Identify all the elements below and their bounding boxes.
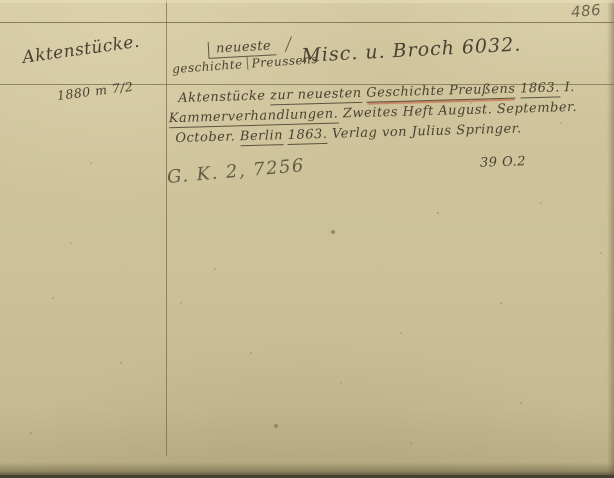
entry-title-word: Aktenstücke bbox=[178, 89, 266, 106]
right-edge-shadow bbox=[607, 0, 614, 478]
top-edge-highlight bbox=[0, 0, 614, 3]
ruled-line-top bbox=[0, 22, 614, 23]
entry-month: October. bbox=[175, 129, 235, 146]
entry-year: 1863. bbox=[520, 80, 560, 98]
subject-word-1: geschichte bbox=[172, 57, 243, 76]
subject-heading-group: neueste geschichtePreussens bbox=[172, 38, 318, 71]
insertion-separator-mark bbox=[246, 57, 248, 70]
left-column-date: 1880 m 7/2 bbox=[56, 79, 134, 103]
entry-call-number: 39 O.2 bbox=[480, 154, 526, 171]
pencil-shelfmark: G. K. 2, 7256 bbox=[166, 155, 306, 188]
ruled-line-vertical bbox=[166, 0, 167, 456]
entry-publisher: Verlag von Julius Springer. bbox=[332, 121, 522, 141]
catalog-entry: Aktenstücke zur neuesten Geschichte Preu… bbox=[178, 78, 578, 149]
entry-volume-numeral: I. bbox=[564, 80, 575, 95]
corner-page-number: 486 bbox=[570, 1, 602, 22]
left-column-title: Aktenstücke. bbox=[21, 32, 141, 68]
catalog-card: 486 Aktenstücke. 1880 m 7/2 neueste gesc… bbox=[0, 0, 614, 478]
entry-issue-info: Zweites Heft August. September. bbox=[343, 100, 577, 122]
entry-year-2: 1863. bbox=[288, 127, 328, 145]
insertion-caret-mark bbox=[275, 36, 292, 52]
collection-shelfmark: Misc. u. Broch 6032. bbox=[301, 34, 522, 67]
entry-underlined-phrase: zur neuesten bbox=[270, 86, 362, 106]
entry-place: Berlin bbox=[240, 128, 284, 146]
